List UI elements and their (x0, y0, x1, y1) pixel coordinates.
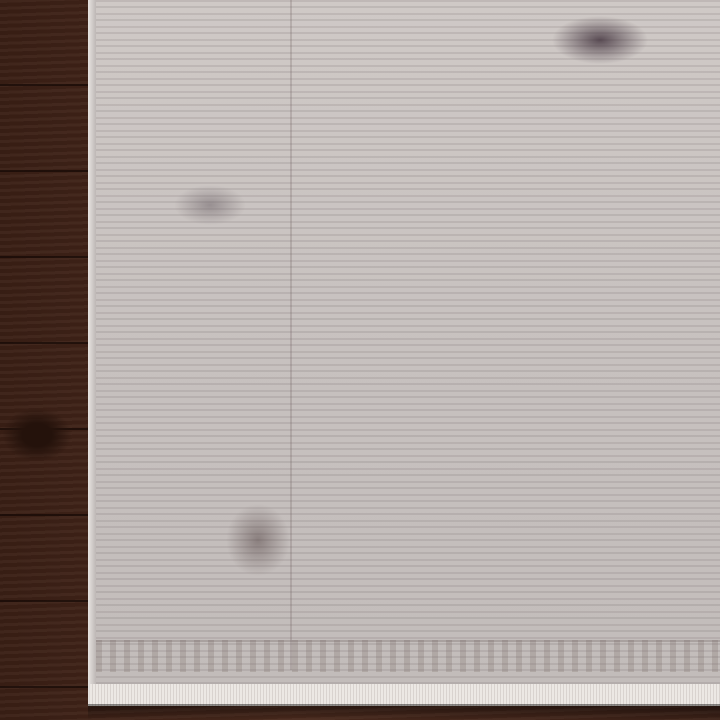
rug-fringe (90, 684, 720, 706)
rug-inner-border (100, 0, 292, 670)
wood-knot (2, 408, 72, 462)
rug-bottom-border (96, 640, 720, 672)
rug-shadow (88, 704, 720, 720)
rug-side-binding (88, 0, 96, 706)
